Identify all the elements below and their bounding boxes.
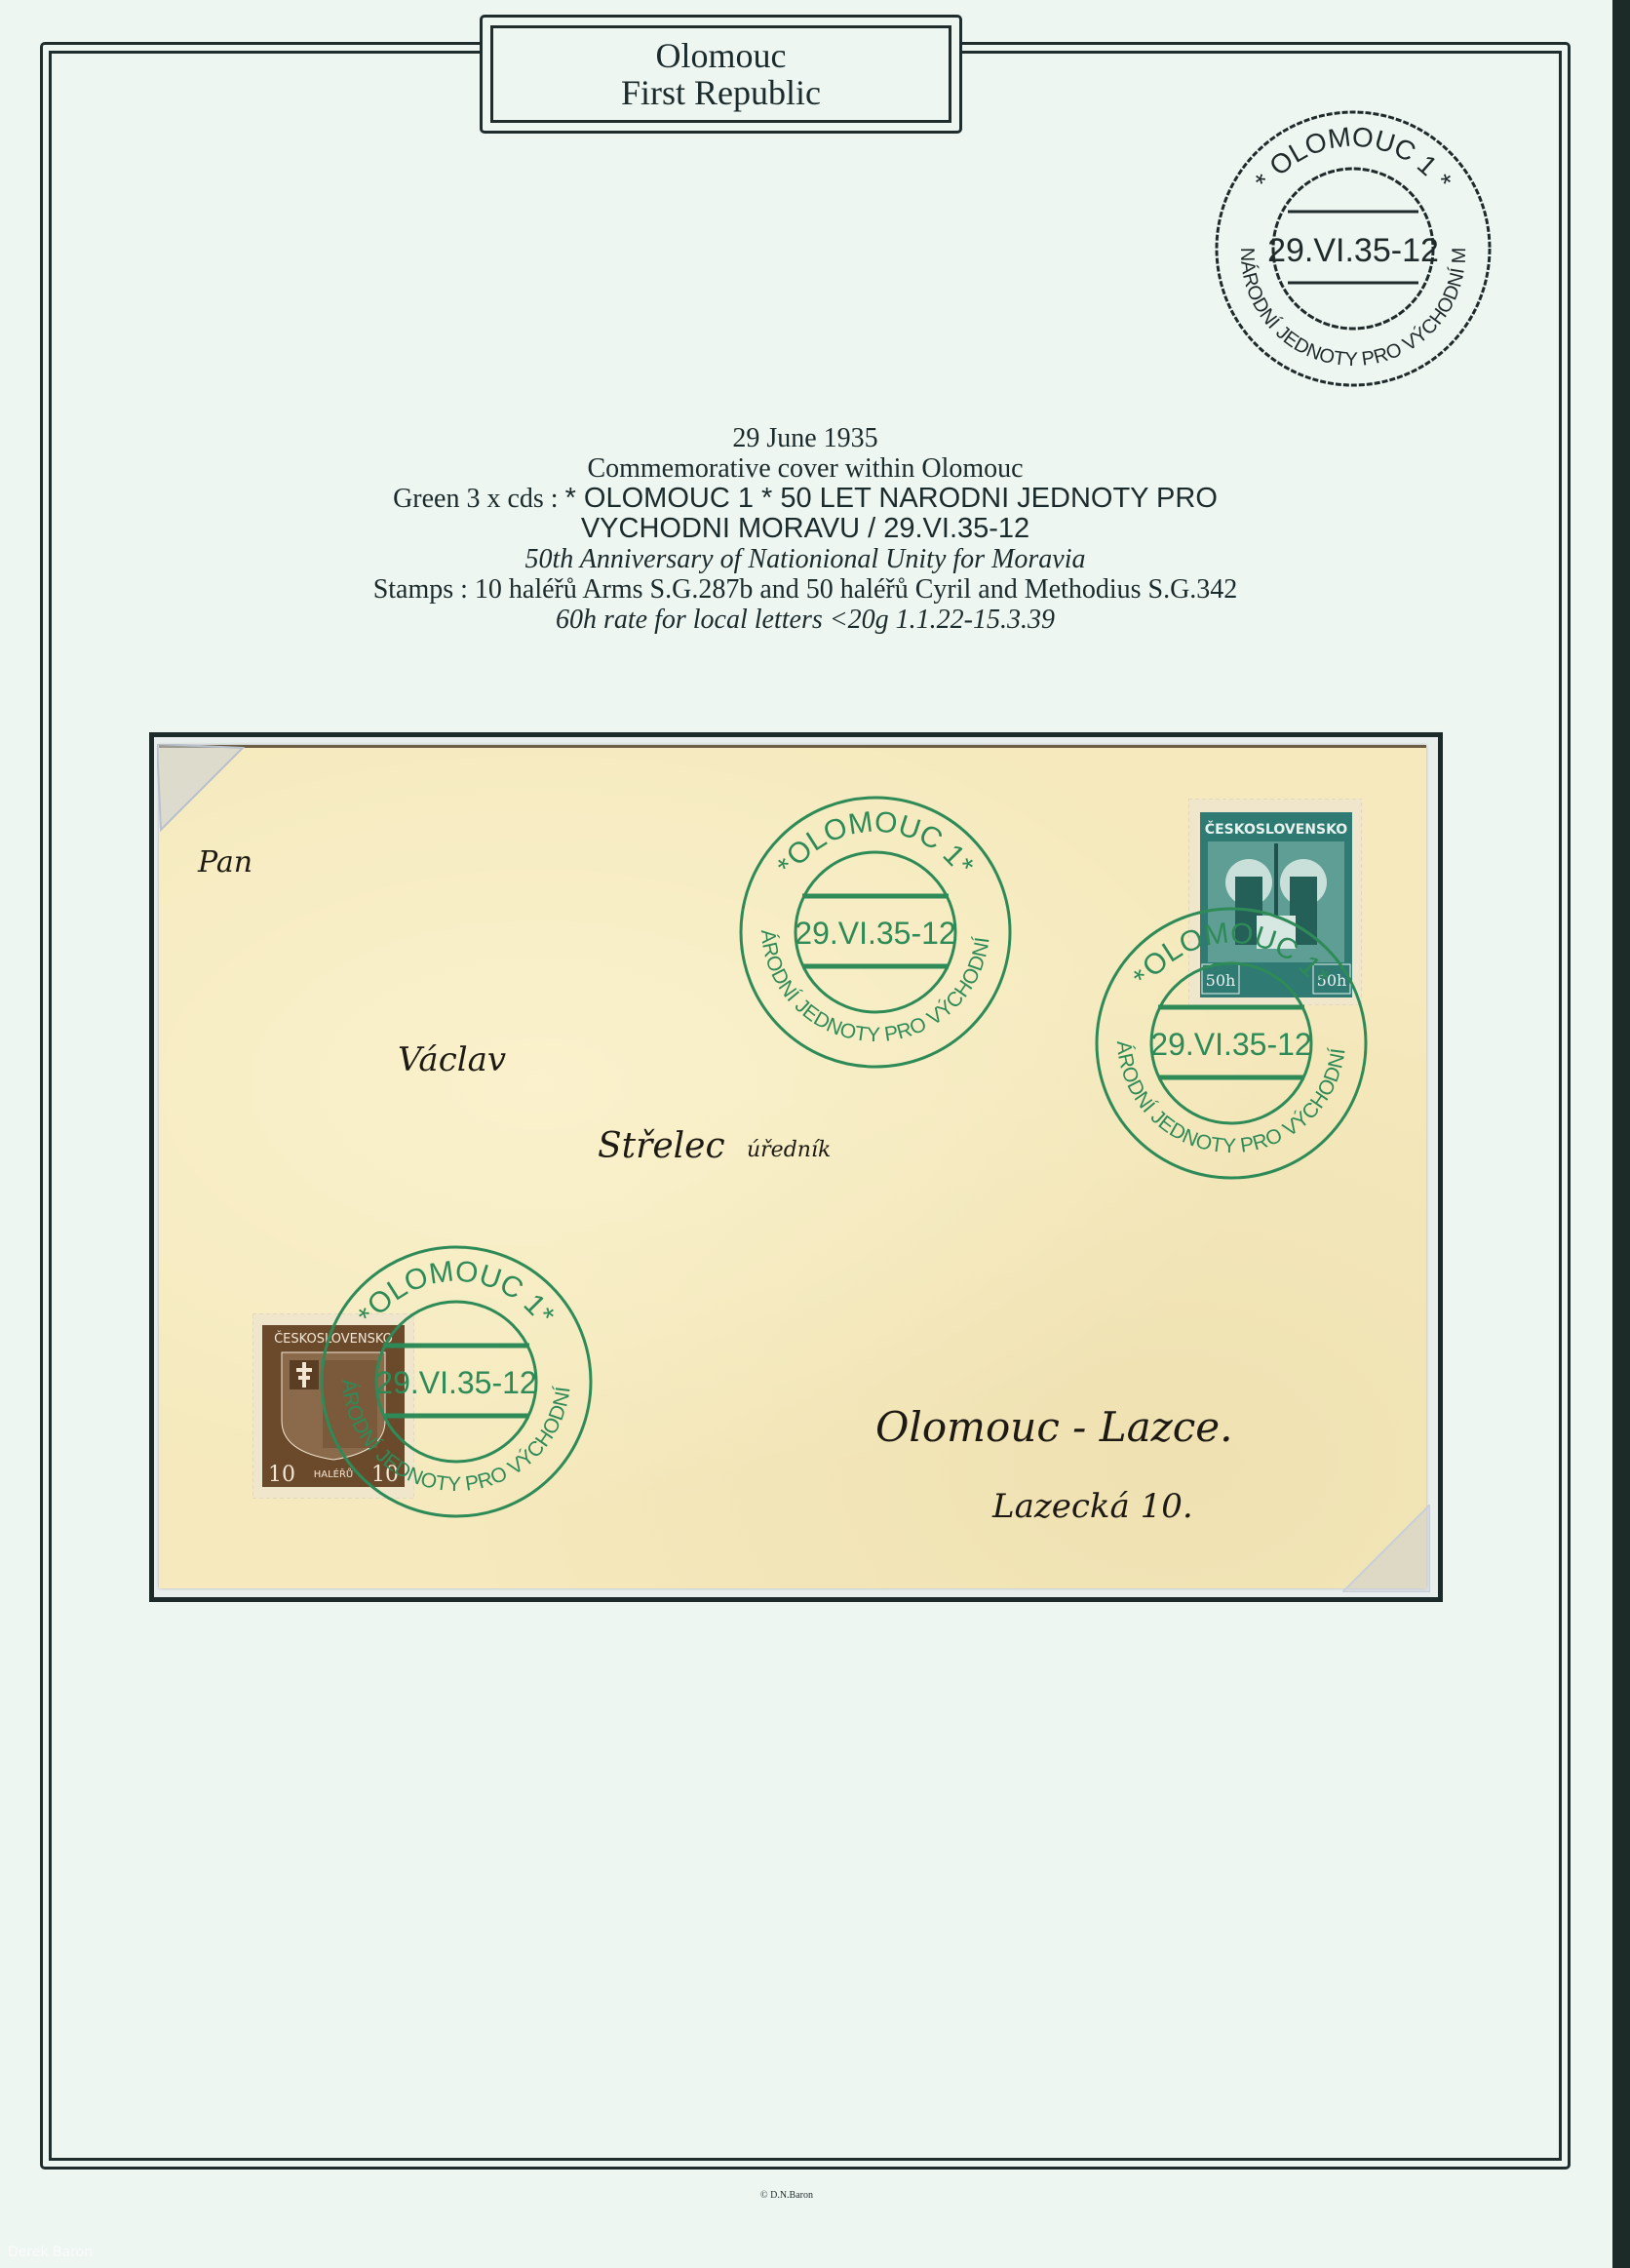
watermark: Derek Baron (8, 2245, 93, 2260)
copyright: © D.N.Baron (760, 2190, 813, 2201)
cancel-description-cont: VYCHODNI MORAVU / 29.VI.35-12 (0, 514, 1611, 544)
green-cancel: *OLOMOUC 1*50 LET NÁRODNÍ JEDNOTY PRO VÝ… (734, 791, 1017, 1074)
svg-text:29.VI.35-12: 29.VI.35-12 (1267, 232, 1439, 269)
svg-text:ČESKOSLOVENSKO: ČESKOSLOVENSKO (1205, 820, 1347, 838)
title-box: Olomouc First Republic (480, 15, 962, 134)
green-cancel: *OLOMOUC 1*50 LET NÁRODNÍ JEDNOTY PRO VÝ… (1090, 902, 1373, 1185)
cover-date: 29 June 1935 (0, 423, 1611, 453)
svg-text:10: 10 (268, 1463, 295, 1487)
stamps-description: Stamps : 10 haléřů Arms S.G.287b and 50 … (0, 574, 1611, 605)
postmark-illustration: * OLOMOUC 1 * 50 LET NÁRODNÍ JEDNOTY PRO… (1212, 107, 1494, 390)
svg-text:*OLOMOUC 1*: *OLOMOUC 1* (352, 1255, 561, 1330)
address-street: Lazecká 10. (992, 1487, 1193, 1526)
svg-text:29.VI.35-12: 29.VI.35-12 (795, 916, 955, 951)
address-occupation: úředník (747, 1138, 831, 1162)
svg-text:*OLOMOUC 1*: *OLOMOUC 1* (1127, 917, 1336, 992)
green-cancel: *OLOMOUC 1*50 LET NÁRODNÍ JEDNOTY PRO VÝ… (315, 1240, 598, 1523)
postal-rate-note: 60h rate for local letters <20g 1.1.22-1… (0, 605, 1611, 635)
envelope: Pan Václav Střelec úředník Olomouc - Laz… (159, 745, 1426, 1588)
scan-edge (1612, 0, 1630, 2268)
anniversary-note: 50th Anniversary of Nationional Unity fo… (0, 544, 1611, 574)
address-surname: Střelec (598, 1126, 725, 1166)
cover-type: Commemorative cover within Olomouc (0, 453, 1611, 484)
photo-corner-icon (157, 744, 245, 832)
cover-mount: Pan Václav Střelec úředník Olomouc - Laz… (149, 732, 1443, 1602)
page-subtitle: First Republic (621, 74, 821, 111)
svg-text:29.VI.35-12: 29.VI.35-12 (375, 1365, 536, 1400)
svg-text:*OLOMOUC 1*: *OLOMOUC 1* (771, 805, 980, 880)
page-title: Olomouc (656, 37, 787, 74)
photo-corner-icon (1342, 1505, 1430, 1592)
address-first-name: Václav (398, 1040, 506, 1079)
svg-text:29.VI.35-12: 29.VI.35-12 (1150, 1027, 1311, 1062)
cover-description: 29 June 1935 Commemorative cover within … (0, 423, 1611, 635)
address-salutation: Pan (198, 845, 252, 880)
address-city: Olomouc - Lazce. (875, 1403, 1233, 1451)
cancel-description: Green 3 x cds : * OLOMOUC 1 * 50 LET NAR… (0, 484, 1611, 514)
